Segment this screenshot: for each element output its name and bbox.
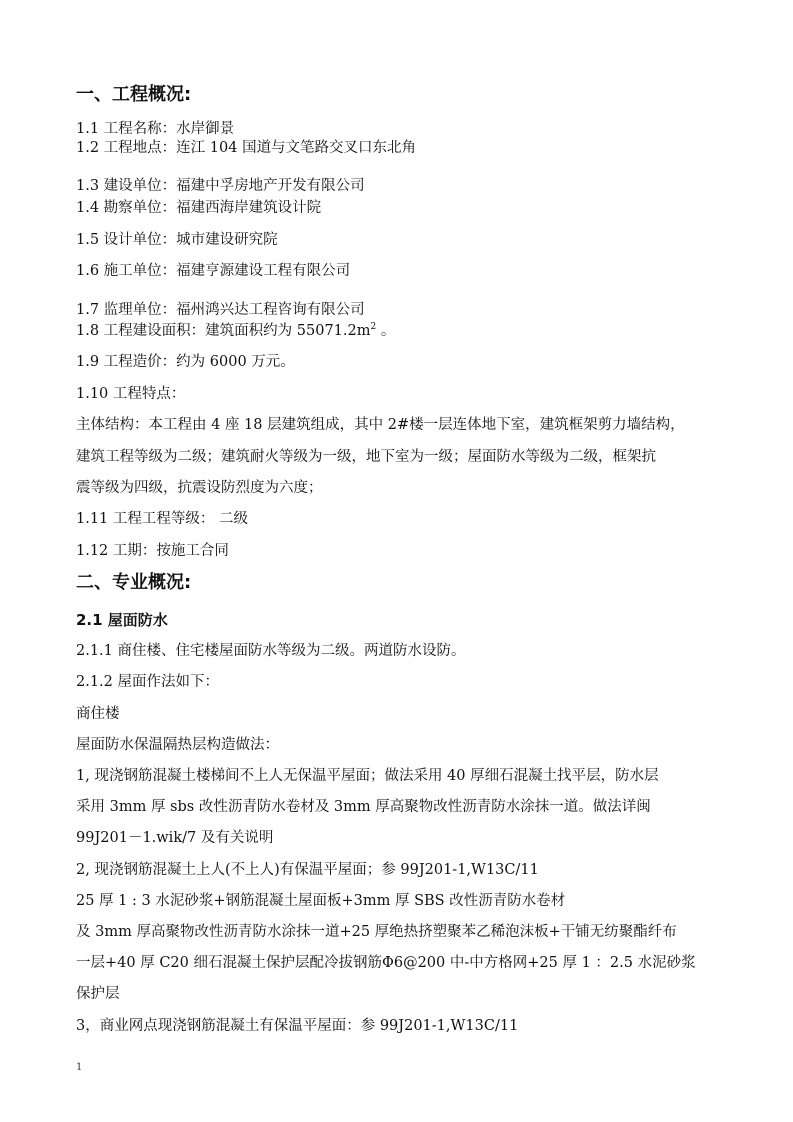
body-line: 屋面防水保温隔热层构造做法：	[76, 736, 279, 754]
features-line-2: 建筑工程等级为二级；建筑耐火等级为一级，地下室为一级；屋面防水等级为二级，框架抗	[76, 448, 656, 466]
body-line: 99J201－1.wik/7 及有关说明	[76, 829, 273, 847]
item-1-1: 1.1 工程名称：水岸御景	[76, 120, 234, 138]
features-line-1: 主体结构：本工程由 4 座 18 层建筑组成，其中 2#楼一层连体地下室，建筑框…	[76, 416, 685, 434]
body-line: 2, 现浇钢筋混凝土上人(不上人)有保温平屋面；参 99J201-1,W13C/…	[76, 861, 539, 879]
item-1-11: 1.11 工程工程等级： 二级	[76, 510, 248, 528]
section-1-heading: 一、工程概况:	[76, 84, 191, 106]
body-line: 25 厚 1 : 3 水泥砂浆+钢筋混凝土屋面板+3mm 厚 SBS 改性沥青防…	[76, 892, 565, 910]
page-number: 1	[76, 1062, 82, 1073]
item-1-6: 1.6 施工单位：福建亨源建设工程有限公司	[76, 262, 350, 280]
item-1-5: 1.5 设计单位：城市建设研究院	[76, 231, 278, 249]
body-line: 商住楼	[76, 705, 120, 723]
body-line: 及 3mm 厚高聚物改性沥青防水涂抹一道+25 厚绝热挤塑聚苯乙稀泡沫板+干铺无…	[76, 923, 677, 941]
item-1-7: 1.7 监理单位：福州鸿兴达工程咨询有限公司	[76, 301, 365, 319]
body-line: 2.1.1 商住楼、住宅楼屋面防水等级为二级。两道防水设防。	[76, 642, 466, 660]
body-line: 1, 现浇钢筋混凝土楼梯间不上人无保温平屋面；做法采用 40 厚细石混凝土找平层…	[76, 767, 659, 785]
section-2-heading: 二、专业概况:	[76, 572, 191, 594]
body-line: 3，商业网点现浇钢筋混凝土有保温平屋面：参 99J201-1,W13C/11	[76, 1017, 518, 1035]
body-line: 一层+40 厚 C20 细石混凝土保护层配冷拔钢筋Φ6@200 中-中方格网+2…	[76, 954, 696, 972]
subsection-2-1-heading: 2.1 屋面防水	[76, 611, 168, 629]
item-1-8-text: 1.8 工程建设面积：建筑面积约为 55071.2m	[76, 323, 371, 339]
item-1-8-suffix: 。	[376, 323, 395, 339]
item-1-4: 1.4 勘察单位：福建西海岸建筑设计院	[76, 199, 321, 217]
item-1-3: 1.3 建设单位：福建中孚房地产开发有限公司	[76, 177, 365, 195]
item-1-8: 1.8 工程建设面积：建筑面积约为 55071.2m2 。	[76, 322, 395, 340]
body-line: 保护层	[76, 985, 120, 1003]
body-line: 2.1.2 屋面作法如下：	[76, 673, 219, 691]
body-line: 采用 3mm 厚 sbs 改性沥青防水卷材及 3mm 厚高聚物改性沥青防水涂抹一…	[76, 798, 651, 816]
item-1-12: 1.12 工期：按施工合同	[76, 542, 229, 560]
item-1-2: 1.2 工程地点：连江 104 国道与文笔路交叉口东北角	[76, 139, 416, 157]
features-line-3: 震等级为四级，抗震设防烈度为六度；	[76, 479, 323, 497]
item-1-10: 1.10 工程特点：	[76, 385, 185, 403]
item-1-9: 1.9 工程造价：约为 6000 万元。	[76, 353, 295, 371]
